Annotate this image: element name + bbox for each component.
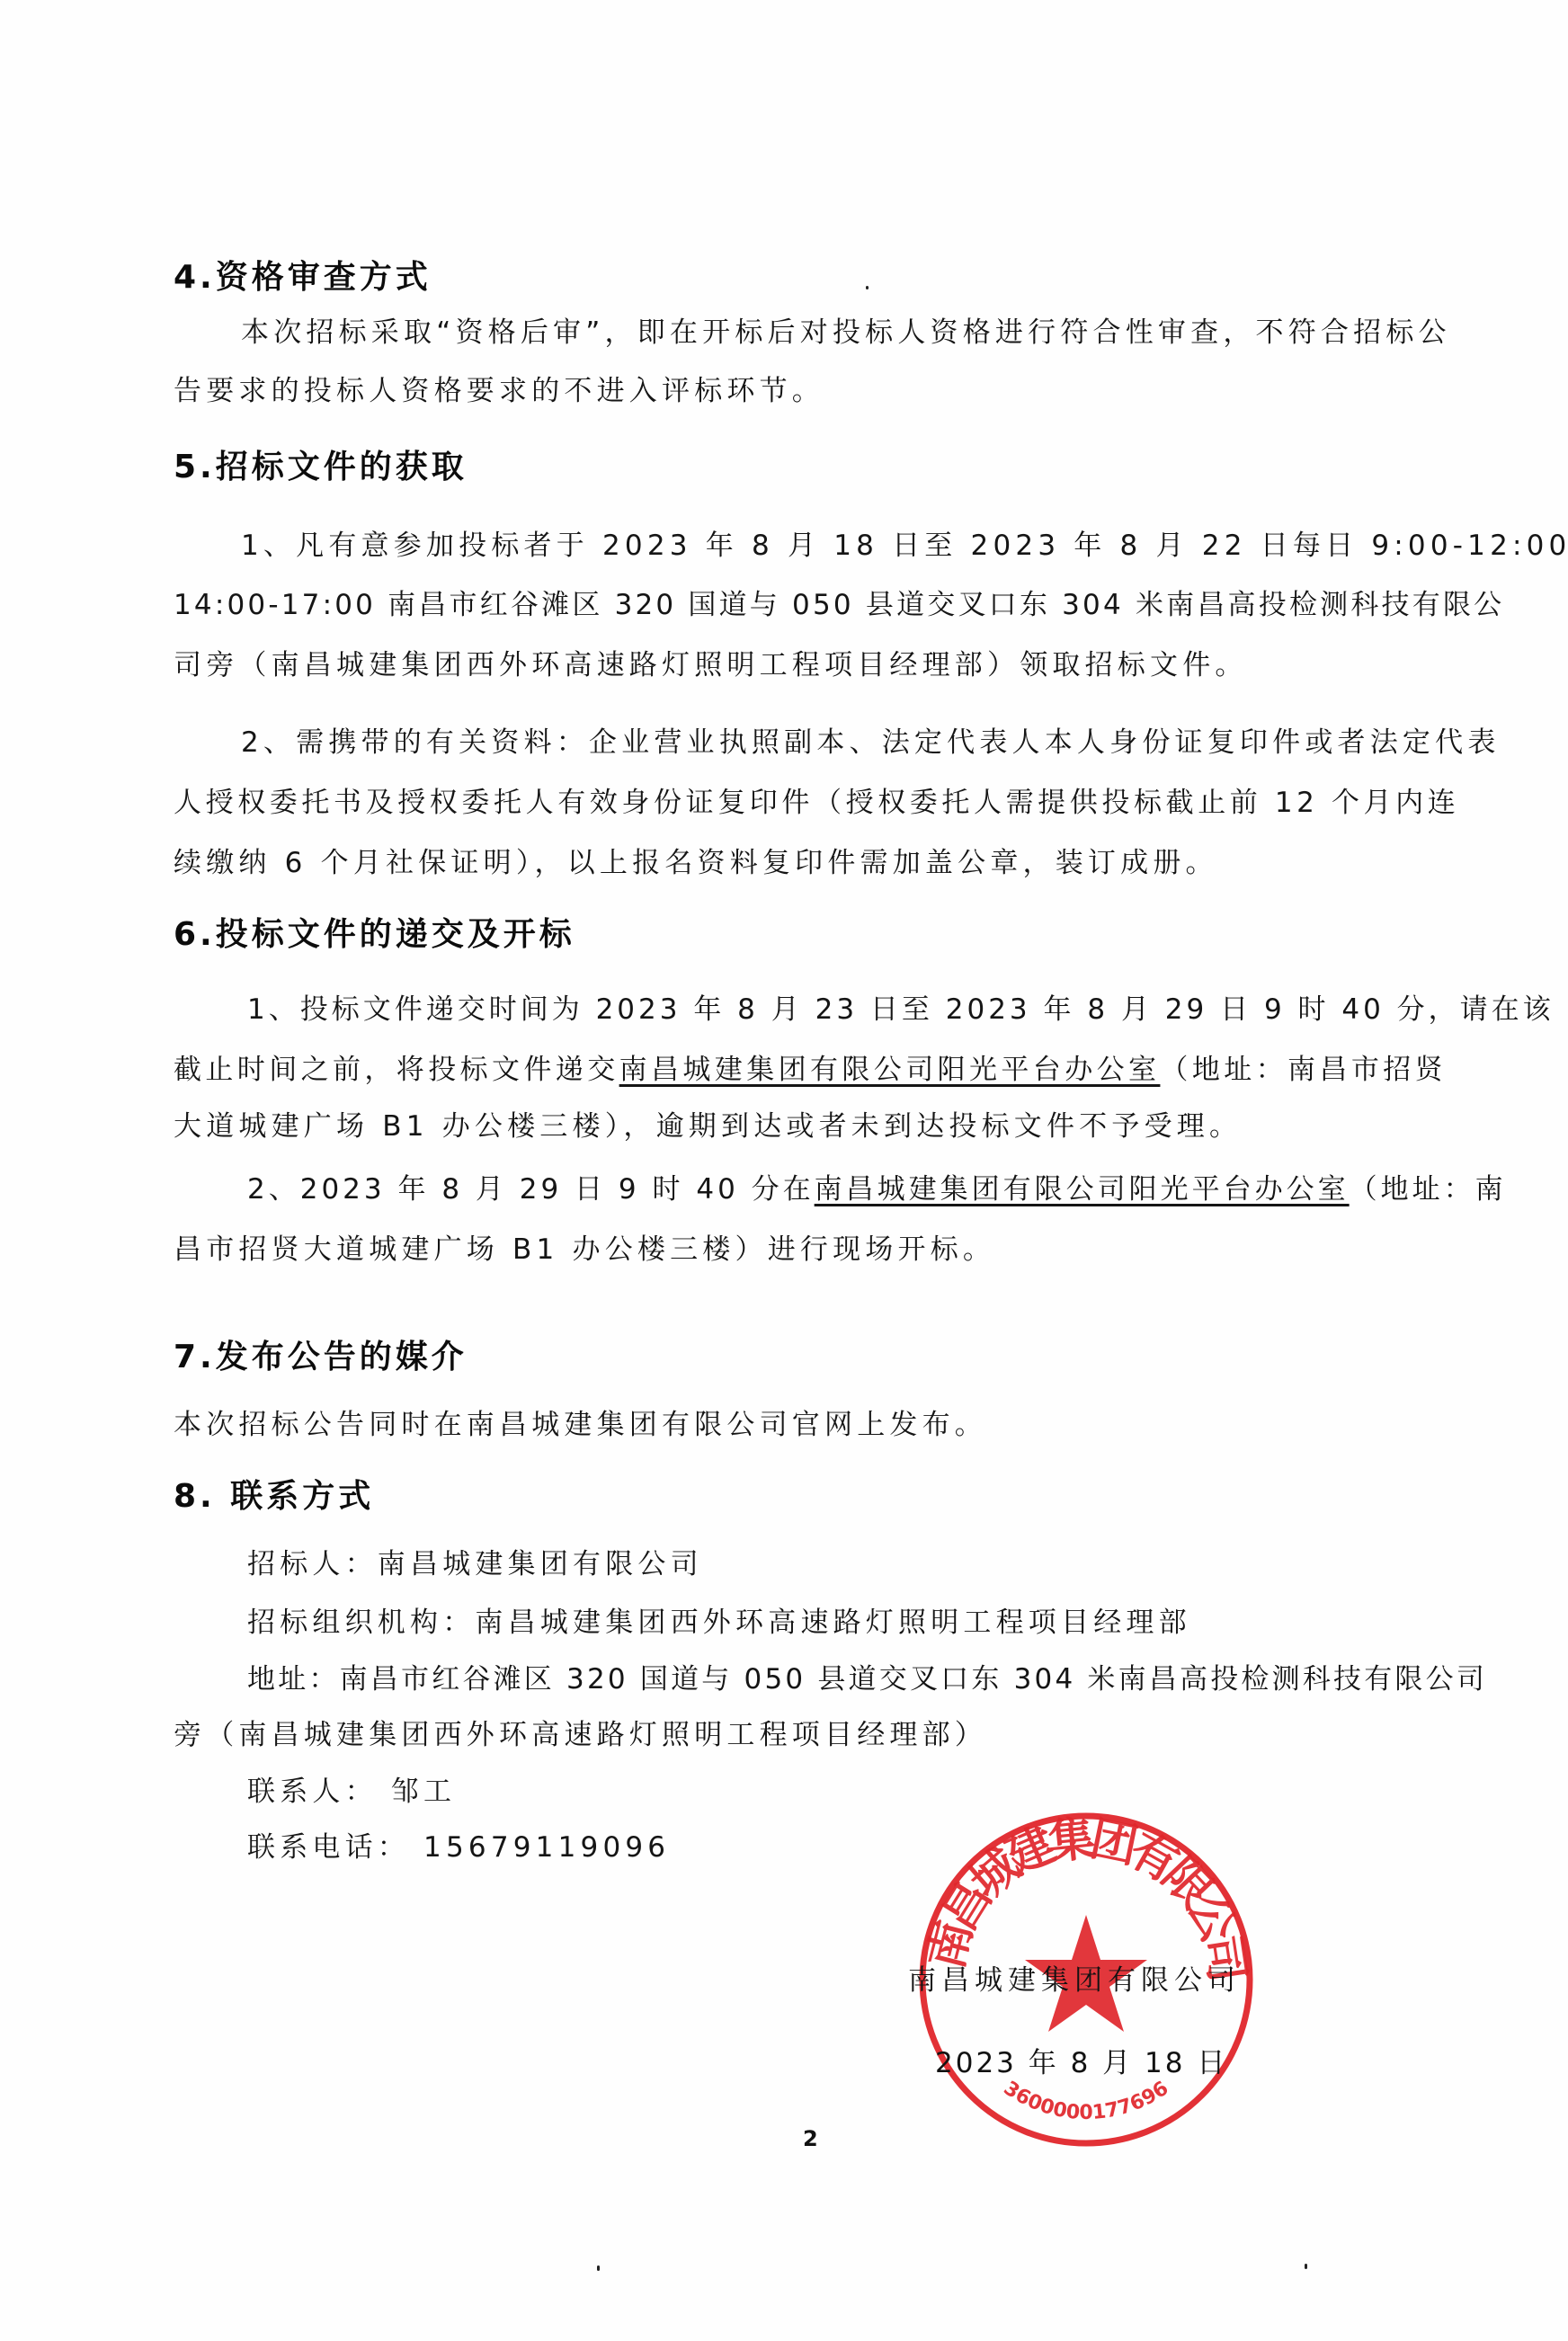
signature-date: 2023 年 8 月 18 日	[935, 2045, 1227, 2081]
stray-mark	[597, 2265, 600, 2271]
section-4-line-1: 本次招标采取“资格后审”，即在开标后对投标人资格进行符合性审查，不符合招标公	[241, 315, 1451, 351]
section-5-p2-line-3: 续缴纳 6 个月社保证明），以上报名资料复印件需加盖公章，装订成册。	[174, 845, 1218, 881]
section-5-heading: 5.招标文件的获取	[174, 448, 468, 487]
seal-code: 3600000177696	[1000, 2078, 1173, 2124]
section-8-heading: 8. 联系方式	[174, 1477, 374, 1517]
section-5-p1-line-2: 14:00-17:00 南昌市红谷滩区 320 国道与 050 县道交叉口东 3…	[174, 587, 1504, 623]
section-6-p1-line-3: 大道城建广场 B1 办公楼三楼），逾期到达或者未到达投标文件不予受理。	[174, 1108, 1242, 1144]
svg-text:3600000177696: 3600000177696	[1000, 2078, 1173, 2124]
section-5-p2-line-2: 人授权委托书及授权委托人有效身份证复印件（授权委托人需提供投标截止前 12 个月…	[174, 785, 1459, 821]
stray-mark	[866, 286, 869, 289]
section-6-p2-line-2: 昌市招贤大道城建广场 B1 办公楼三楼）进行现场开标。	[174, 1232, 995, 1268]
underlined-office-name: 南昌城建集团有限公司阳光平台办公室	[815, 1173, 1350, 1206]
section-6-heading: 6.投标文件的递交及开标	[174, 915, 575, 955]
section-7-line: 本次招标公告同时在南昌城建集团有限公司官网上发布。	[174, 1407, 987, 1443]
stray-mark	[1305, 2264, 1307, 2269]
section-4-heading: 4.资格审查方式	[174, 258, 432, 298]
underlined-office-name: 南昌城建集团有限公司阳光平台办公室	[619, 1054, 1161, 1086]
signature-company: 南昌城建集团有限公司	[908, 1963, 1241, 1998]
section-6-p1-line-2: 截止时间之前，将投标文件递交南昌城建集团有限公司阳光平台办公室（地址：南昌市招贤	[174, 1052, 1447, 1088]
document-page: 4.资格审查方式 本次招标采取“资格后审”，即在开标后对投标人资格进行符合性审查…	[0, 0, 1568, 2341]
section-6-p2-line-1: 2、2023 年 8 月 29 日 9 时 40 分在南昌城建集团有限公司阳光平…	[247, 1171, 1507, 1207]
contact-agency: 招标组织机构：南昌城建集团西外环高速路灯照明工程项目经理部	[247, 1605, 1191, 1641]
contact-address-line-1: 地址：南昌市红谷滩区 320 国道与 050 县道交叉口东 304 米南昌高投检…	[247, 1661, 1487, 1697]
text: （地址：南	[1350, 1173, 1507, 1206]
section-5-p1-line-1: 1、凡有意参加投标者于 2023 年 8 月 18 日至 2023 年 8 月 …	[241, 528, 1568, 564]
page-number: 2	[803, 2126, 818, 2151]
text: （地址：南昌市招贤	[1160, 1054, 1447, 1086]
contact-person: 联系人： 邹工	[247, 1774, 456, 1810]
section-5-p2-line-1: 2、需携带的有关资料：企业营业执照副本、法定代表人本人身份证复印件或者法定代表	[241, 725, 1501, 761]
contact-phone: 联系电话： 15679119096	[247, 1829, 670, 1865]
contact-address-line-2: 旁（南昌城建集团西外环高速路灯照明工程项目经理部）	[174, 1717, 987, 1753]
section-7-heading: 7.发布公告的媒介	[174, 1338, 468, 1377]
section-6-p1-line-1: 1、投标文件递交时间为 2023 年 8 月 23 日至 2023 年 8 月 …	[247, 992, 1555, 1028]
section-4-line-2: 告要求的投标人资格要求的不进入评标环节。	[174, 373, 824, 409]
section-5-p1-line-3: 司旁（南昌城建集团西外环高速路灯照明工程项目经理部）领取招标文件。	[174, 647, 1248, 683]
text: 截止时间之前，将投标文件递交	[174, 1054, 619, 1086]
contact-tenderer: 招标人：南昌城建集团有限公司	[247, 1546, 703, 1582]
text: 2、2023 年 8 月 29 日 9 时 40 分在	[247, 1173, 815, 1206]
